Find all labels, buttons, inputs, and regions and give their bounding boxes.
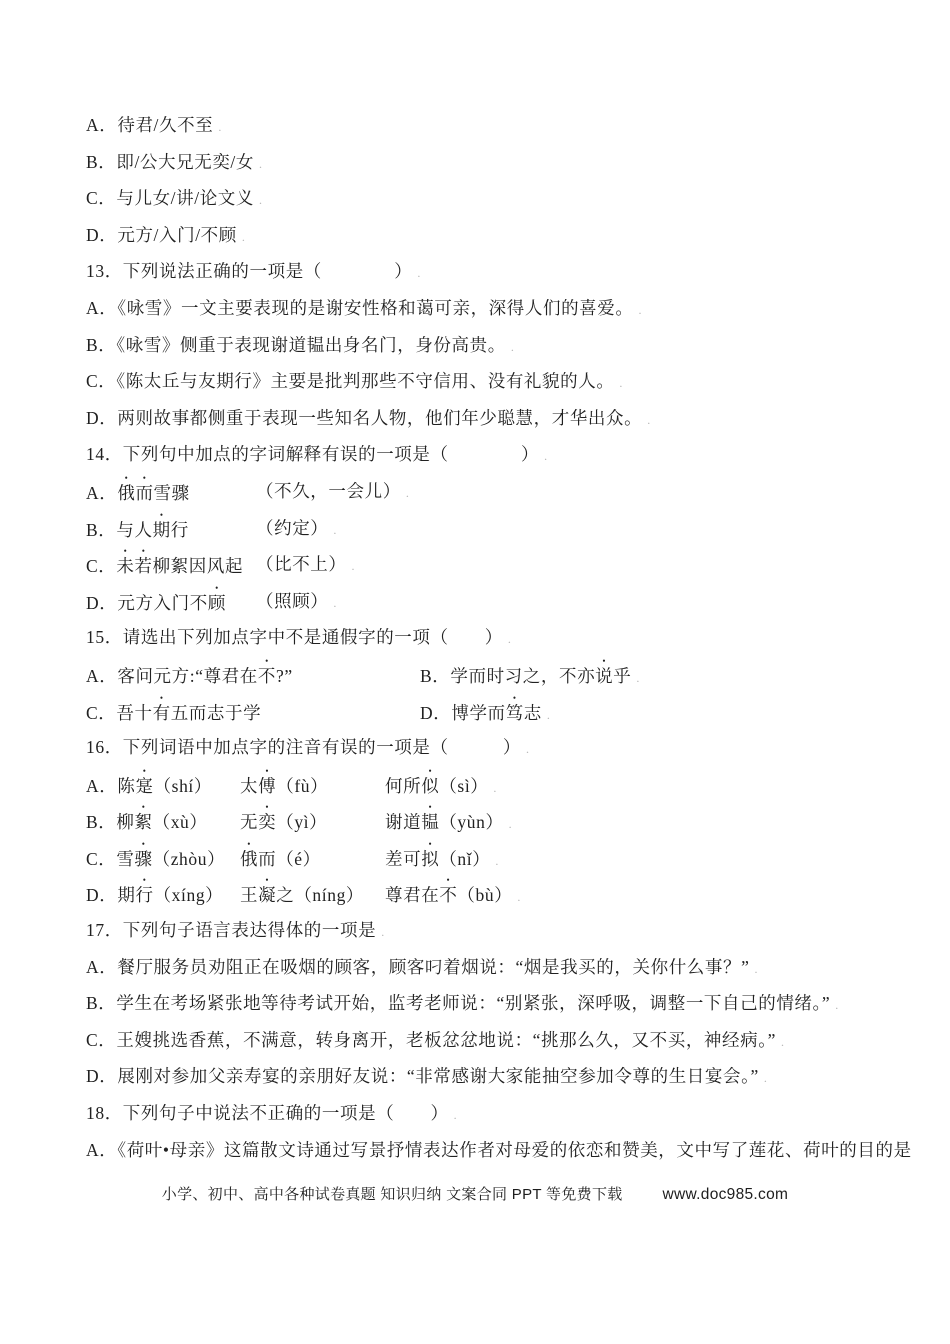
q17-option-c: C．王嫂挑选香蕉，不满意，转身离开，老板忿忿地说：“挑那么久，又不买，神经病。”… [0,1022,950,1059]
footer-site-link[interactable]: www.doc985.com [663,1186,789,1204]
q15-options-cd-col1: D．博学而笃志. [420,693,550,734]
q12-option-b-col0: B．即/公大兄无奕/女. [86,144,262,183]
q14-option-a-col1: （不久，一会儿）. [256,473,409,512]
q17-option-a-col0: A．餐厅服务员劝阻正在吸烟的顾客，顾客叼着烟说：“烟是我买的，关你什么事？”. [86,949,757,988]
q13-option-b: B．《咏雪》侧重于表现谢道韫出身名门，身份高贵。. [0,327,950,364]
q16-option-d-col2: 尊君在不（bù）. [385,875,520,916]
q12-option-b: B．即/公大兄无奕/女. [0,144,950,181]
q15-stem: 15．请选出下列加点字中不是通假字的一项（ ）. [0,619,950,656]
q14-option-b-col1: （约定）. [256,510,336,549]
q17-option-d: D．展刚对参加父亲寿宴的亲朋好友说：“非常感谢大家能抽空参加令尊的生日宴会。”. [0,1058,950,1095]
q14-option-d: D．元方入门不顾（照顾）. [0,583,950,620]
q14-option-a: A．俄而雪骤（不久，一会儿）. [0,473,950,510]
q15-options-cd-col0: C．吾十有五而志于学 [86,693,261,732]
q16-option-a-col0: A．陈寔（shí） [86,766,212,805]
q18-option-a-col0: A．《荷叶•母亲》这篇散文诗通过写景抒情表达作者对母爱的依恋和赞美，文中写了莲花… [86,1132,912,1169]
q13-option-b-col0: B．《咏雪》侧重于表现谢道韫出身名门，身份高贵。. [86,327,514,366]
q17-option-d-col0: D．展刚对参加父亲寿宴的亲朋好友说：“非常感谢大家能抽空参加令尊的生日宴会。”. [86,1058,767,1097]
question-list: A．待君/久不至.B．即/公大兄无奕/女.C．与儿女/讲/论文义.D．元方/入门… [0,107,950,1168]
q14-option-a-col0: A．俄而雪骤 [86,473,190,512]
q16-option-b: B．柳絮（xù）无奕（yì）谢道韫（yùn）. [0,802,950,839]
q15-stem-col0: 15．请选出下列加点字中不是通假字的一项（ ）. [86,619,511,658]
exam-document-page: A．待君/久不至.B．即/公大兄无奕/女.C．与儿女/讲/论文义.D．元方/入门… [0,0,950,1344]
q14-stem: 14．下列句中加点的字词解释有误的一项是（ ）. [0,436,950,473]
q14-option-b: B．与人期行（约定）. [0,510,950,547]
q18-stem-col0: 18．下列句子中说法不正确的一项是（ ）. [86,1095,457,1134]
q17-option-a: A．餐厅服务员劝阻正在吸烟的顾客，顾客叼着烟说：“烟是我买的，关你什么事？”. [0,949,950,986]
q17-option-b: B．学生在考场紧张地等待考试开始，监考老师说：“别紧张，深呼吸，调整一下自己的情… [0,985,950,1022]
q16-option-b-col0: B．柳絮（xù） [86,802,208,841]
footer-promo-text: 小学、初中、高中各种试卷真题 知识归纳 文案合同 PPT 等免费下载 [162,1183,623,1204]
q16-option-a: A．陈寔（shí）太傅（fù）何所似（sì）. [0,766,950,803]
q13-option-c: C．《陈太丘与友期行》主要是批判那些不守信用、没有礼貌的人。. [0,363,950,400]
q16-stem: 16．下列词语中加点字的注音有误的一项是（ ）. [0,729,950,766]
q16-option-d-col0: D．期行（xíng） [86,875,223,914]
q13-option-d: D．两则故事都侧重于表现一些知名人物，他们年少聪慧，才华出众。. [0,400,950,437]
q18-option-a: A．《荷叶•母亲》这篇散文诗通过写景抒情表达作者对母爱的依恋和赞美，文中写了莲花… [0,1132,950,1169]
q16-option-a-col2: 何所似（sì）. [385,766,496,807]
q13-stem-col0: 13．下列说法正确的一项是（ ）. [86,253,420,292]
q17-option-b-col0: B．学生在考场紧张地等待考试开始，监考老师说：“别紧张，深呼吸，调整一下自己的情… [86,985,838,1024]
q14-option-d-col0: D．元方入门不顾 [86,583,226,622]
q16-option-a-col1: 太傅（fù） [240,766,328,805]
page-footer: 小学、初中、高中各种试卷真题 知识归纳 文案合同 PPT 等免费下载 www.d… [0,1183,950,1204]
q12-option-d: D．元方/入门/不顾. [0,217,950,254]
q17-stem-col0: 17．下列句子语言表达得体的一项是. [86,912,384,951]
q17-option-c-col0: C．王嫂挑选香蕉，不满意，转身离开，老板忿忿地说：“挑那么久，又不买，神经病。”… [86,1022,784,1061]
q17-stem: 17．下列句子语言表达得体的一项是. [0,912,950,949]
q12-option-c: C．与儿女/讲/论文义. [0,180,950,217]
q13-option-a: A．《咏雪》一文主要表现的是谢安性格和蔼可亲，深得人们的喜爱。. [0,290,950,327]
q15-options-ab-col0: A．客问元方:“尊君在不?” [86,656,293,695]
q14-option-c-col0: C．未若柳絮因风起 [86,546,243,585]
q13-option-d-col0: D．两则故事都侧重于表现一些知名人物，他们年少聪慧，才华出众。. [86,400,650,439]
q15-options-ab: A．客问元方:“尊君在不?”B．学而时习之，不亦说乎. [0,656,950,693]
q16-option-c-col1: 俄而（é） [240,839,321,878]
q16-option-b-col2: 谢道韫（yùn）. [385,802,512,843]
q18-stem: 18．下列句子中说法不正确的一项是（ ）. [0,1095,950,1132]
q14-stem-col0: 14．下列句中加点的字词解释有误的一项是（ ）. [86,436,547,475]
q16-option-b-col1: 无奕（yì） [240,802,327,841]
q13-option-c-col0: C．《陈太丘与友期行》主要是批判那些不守信用、没有礼貌的人。. [86,363,622,402]
q12-option-d-col0: D．元方/入门/不顾. [86,217,245,256]
q13-stem: 13．下列说法正确的一项是（ ）. [0,253,950,290]
q16-option-c-col2: 差可拟（nǐ）. [385,839,498,880]
q16-option-d-col1: 王凝之（níng） [240,875,364,914]
q16-option-c-col0: C．雪骤（zhòu） [86,839,225,878]
q12-option-a-col0: A．待君/久不至. [86,107,221,146]
q14-option-c: C．未若柳絮因风起（比不上）. [0,546,950,583]
q16-stem-col0: 16．下列词语中加点字的注音有误的一项是（ ）. [86,729,529,768]
q15-options-ab-col1: B．学而时习之，不亦说乎. [420,656,639,697]
q14-option-c-col1: （比不上）. [256,546,355,585]
q14-option-d-col1: （照顾）. [256,583,336,622]
q16-option-d: D．期行（xíng）王凝之（níng）尊君在不（bù）. [0,875,950,912]
q12-option-c-col0: C．与儿女/讲/论文义. [86,180,262,219]
q12-option-a: A．待君/久不至. [0,107,950,144]
q16-option-c: C．雪骤（zhòu）俄而（é）差可拟（nǐ）. [0,839,950,876]
q15-options-cd: C．吾十有五而志于学D．博学而笃志. [0,693,950,730]
q14-option-b-col0: B．与人期行 [86,510,189,549]
q13-option-a-col0: A．《咏雪》一文主要表现的是谢安性格和蔼可亲，深得人们的喜爱。. [86,290,642,329]
